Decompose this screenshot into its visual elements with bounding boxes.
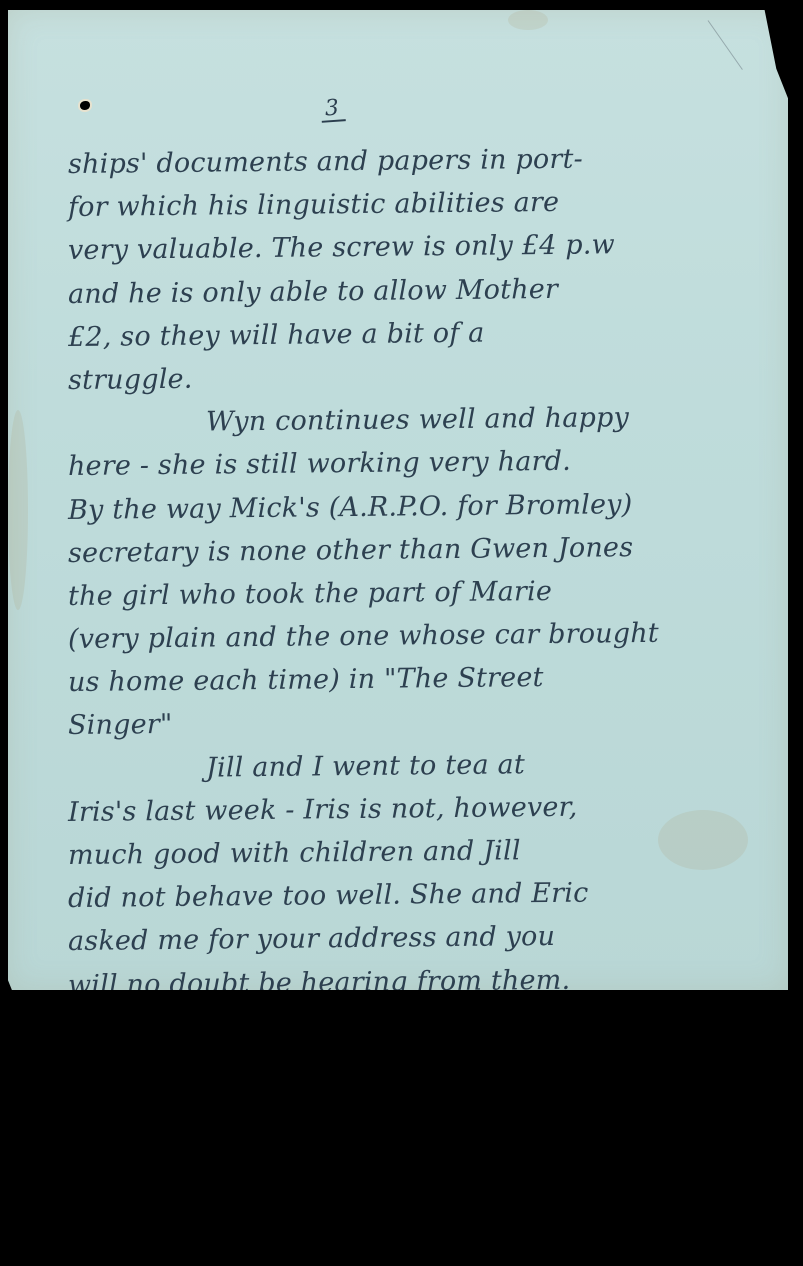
text-line: Iris's last week - Iris is not, however, <box>68 783 803 834</box>
letter-body: ships' documents and papers in port- for… <box>68 143 803 1000</box>
text-line: Singer" <box>68 697 803 748</box>
text-line: £2, so they will have a bit of a <box>68 308 803 359</box>
paper-crease <box>708 20 743 70</box>
text-line: the girl who took the part of Marie <box>68 567 803 618</box>
page-number: 3 <box>320 97 346 123</box>
letter-page: 3 ships' documents and papers in port- f… <box>8 10 788 990</box>
text-line: and he is only able to allow Mother <box>68 265 803 316</box>
text-line: asked me for your address and you <box>68 913 803 964</box>
paper-stain <box>508 10 548 30</box>
text-line: secretary is none other than Gwen Jones <box>68 524 803 575</box>
text-line: By the way Mick's (A.R.P.O. for Bromley) <box>68 481 803 532</box>
paragraph-start-line: Jill and I went to tea at <box>68 740 803 791</box>
text-line: very valuable. The screw is only £4 p.w <box>68 222 803 273</box>
paper-stain <box>8 410 28 610</box>
text-line: will no doubt be hearing from them. <box>68 956 803 1000</box>
punch-hole <box>80 101 90 110</box>
text-line: here - she is still working very hard. <box>68 438 803 489</box>
